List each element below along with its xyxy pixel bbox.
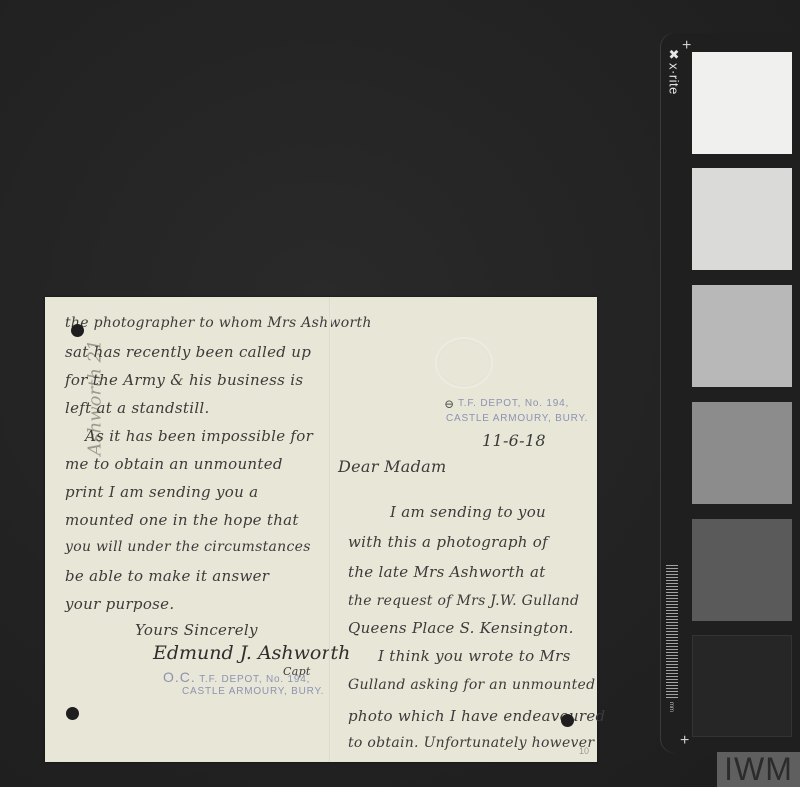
punch-hole [561,714,574,727]
color-swatch-dark-gray [692,519,792,621]
left-page: Ashworth 21 the photographer to whom Mrs… [45,297,330,762]
letter-line: I think you wrote to Mrs [378,647,571,665]
letter-line: left at a standstill. [65,399,210,417]
letter-line: Queens Place S. Kensington. [348,619,574,637]
letter-line: your purpose. [65,595,174,613]
salutation: Dear Madam [338,457,446,476]
ruler-label: mm [668,702,674,712]
stamp-mark-icon: ⊖ [444,397,454,411]
depot-stamp-line2: CASTLE ARMOURY, BURY. [446,413,588,424]
closing: Yours Sincerely [135,621,258,639]
crosshair-icon: + [682,38,691,54]
color-swatch-mid-gray [692,402,792,504]
margin-note: Ashworth 21 [85,318,106,478]
right-page: ⊖ T.F. DEPOT, No. 194, CASTLE ARMOURY, B… [330,297,597,762]
color-swatch-light-gray [692,168,792,270]
crosshair-icon: + [680,733,689,749]
depot-stamp-line2: CASTLE ARMOURY, BURY. [182,686,324,697]
depot-stamp: O.C. T.F. DEPOT, No. 194, [163,669,310,685]
letter-document: Ashworth 21 the photographer to whom Mrs… [45,297,597,762]
letter-line: Gulland asking for an unmounted [348,677,595,693]
signature: Edmund J. Ashworth [153,642,350,664]
brand-label: ✖ x·rite [662,48,686,108]
letter-line: sat has recently been called up [65,343,311,361]
letter-line: the late Mrs Ashworth at [348,563,546,581]
color-swatch-mid-light-gray [692,285,792,387]
letter-line: for the Army & his business is [65,371,303,389]
punch-hole [66,707,79,720]
letter-line: be able to make it answer [65,567,269,585]
iwm-watermark: IWM [717,752,800,787]
letter-line: As it has been impossible for [85,427,313,445]
letter-line: mounted one in the hope that [65,511,299,529]
color-swatch-white [692,52,792,154]
color-swatch-black [692,635,792,737]
punch-hole [71,324,84,337]
page-number: 10 [579,746,589,756]
letter-line: to obtain. Unfortunately however [348,735,594,751]
letter-line: you will under the circumstances [65,539,311,555]
letter-line: me to obtain an unmounted [65,455,283,473]
letter-date: 11-6-18 [482,431,546,450]
letter-line: with this a photograph of [348,533,548,551]
depot-stamp: T.F. DEPOT, No. 194, [458,398,569,409]
letter-line: I am sending to you [390,503,546,521]
mm-ruler [666,565,678,700]
xrite-logo-icon: ✖ [669,48,680,61]
letter-line: the photographer to whom Mrs Ashworth [65,315,372,331]
letter-line: print I am sending you a [65,483,258,501]
letter-line: the request of Mrs J.W. Gulland [348,593,579,609]
